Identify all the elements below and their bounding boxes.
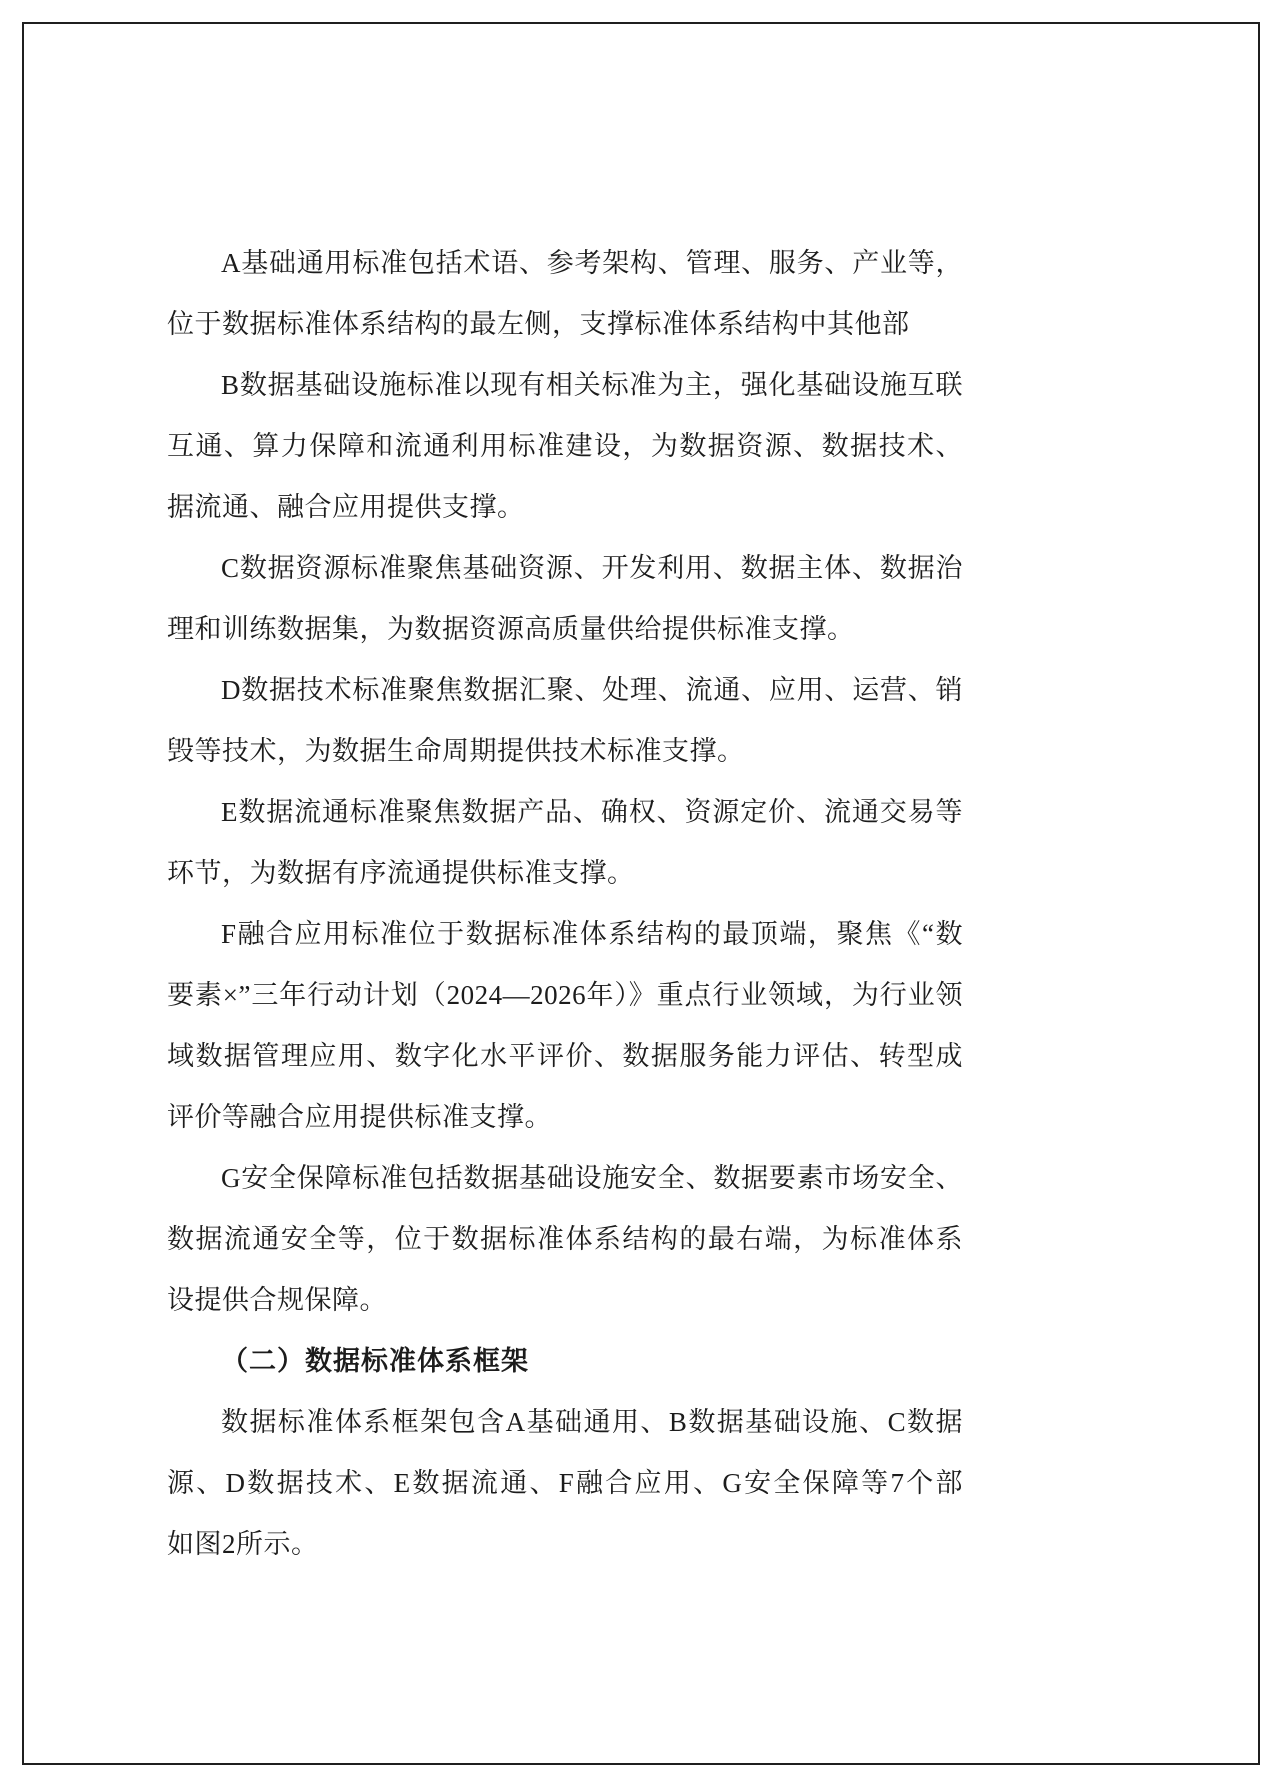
text-line: 源、D数据技术、E数据流通、F融合应用、G安全保障等7个部分，: [167, 1453, 963, 1514]
paragraph-a-general-standards: A基础通用标准包括术语、参考架构、管理、服务、产业等， 位于数据标准体系结构的最…: [167, 233, 963, 355]
text-line: 评价等融合应用提供标准支撑。: [167, 1087, 963, 1148]
text-line: 毁等技术，为数据生命周期提供技术标准支撑。: [167, 721, 963, 782]
paragraph-c-data-resources: C数据资源标准聚焦基础资源、开发利用、数据主体、数据治 理和训练数据集，为数据资…: [167, 538, 963, 660]
paragraph-f-integrated-application: F融合应用标准位于数据标准体系结构的最顶端，聚焦《“数据 要素×”三年行动计划（…: [167, 904, 963, 1148]
text-line: B数据基础设施标准以现有相关标准为主，强化基础设施互联: [167, 355, 963, 416]
paragraph-d-data-technology: D数据技术标准聚焦数据汇聚、处理、流通、应用、运营、销 毁等技术，为数据生命周期…: [167, 660, 963, 782]
text-line: 互通、算力保障和流通利用标准建设，为数据资源、数据技术、数: [167, 416, 963, 477]
heading-text: （二）数据标准体系框架: [167, 1331, 963, 1392]
text-line: 位于数据标准体系结构的最左侧，支撑标准体系结构中其他部分。: [167, 294, 963, 355]
text-line: 理和训练数据集，为数据资源高质量供给提供标准支撑。: [167, 599, 963, 660]
text-line: 如图2所示。: [167, 1514, 963, 1575]
text-line: 据流通、融合应用提供支撑。: [167, 477, 963, 538]
text-line: G安全保障标准包括数据基础设施安全、数据要素市场安全、: [167, 1148, 963, 1209]
section-heading-framework: （二）数据标准体系框架: [167, 1331, 963, 1392]
paragraph-b-data-infrastructure: B数据基础设施标准以现有相关标准为主，强化基础设施互联 互通、算力保障和流通利用…: [167, 355, 963, 538]
text-line: C数据资源标准聚焦基础资源、开发利用、数据主体、数据治: [167, 538, 963, 599]
text-line: E数据流通标准聚焦数据产品、确权、资源定价、流通交易等: [167, 782, 963, 843]
text-line: F融合应用标准位于数据标准体系结构的最顶端，聚焦《“数据: [167, 904, 963, 965]
text-line: 域数据管理应用、数字化水平评价、数据服务能力评估、转型成效: [167, 1026, 963, 1087]
text-line: A基础通用标准包括术语、参考架构、管理、服务、产业等，: [167, 233, 963, 294]
text-column: A基础通用标准包括术语、参考架构、管理、服务、产业等， 位于数据标准体系结构的最…: [167, 233, 963, 1575]
text-line: 数据流通安全等，位于数据标准体系结构的最右端，为标准体系建: [167, 1209, 963, 1270]
paragraph-g-security-guarantee: G安全保障标准包括数据基础设施安全、数据要素市场安全、 数据流通安全等，位于数据…: [167, 1148, 963, 1331]
paragraph-e-data-circulation: E数据流通标准聚焦数据产品、确权、资源定价、流通交易等 环节，为数据有序流通提供…: [167, 782, 963, 904]
paragraph-framework-overview: 数据标准体系框架包含A基础通用、B数据基础设施、C数据资 源、D数据技术、E数据…: [167, 1392, 963, 1575]
text-line: 设提供合规保障。: [167, 1270, 963, 1331]
document-page: A基础通用标准包括术语、参考架构、管理、服务、产业等， 位于数据标准体系结构的最…: [0, 0, 1280, 1789]
text-line: 环节，为数据有序流通提供标准支撑。: [167, 843, 963, 904]
text-line: 要素×”三年行动计划（2024—2026年）》重点行业领域，为行业领: [167, 965, 963, 1026]
text-line: D数据技术标准聚焦数据汇聚、处理、流通、应用、运营、销: [167, 660, 963, 721]
text-line: 数据标准体系框架包含A基础通用、B数据基础设施、C数据资: [167, 1392, 963, 1453]
